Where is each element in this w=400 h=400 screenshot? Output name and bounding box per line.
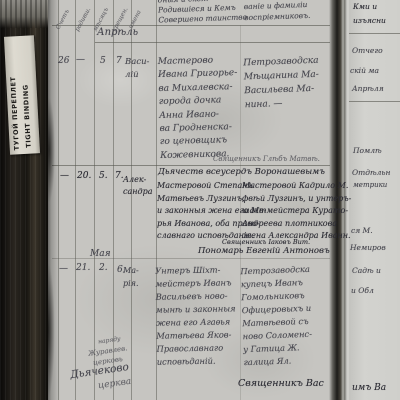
entry2-male-count: — — [60, 171, 69, 181]
entry3-female-count: 21. — [76, 263, 90, 273]
scanned-register-page: Счетъ родивш. мѣсяцъ крещен. имена дныя … — [0, 0, 400, 400]
margin-note-line: церква — [97, 377, 131, 392]
month-heading-april: Апрѣль — [97, 27, 138, 38]
label-text-english: TIGHT BINDING — [19, 44, 32, 148]
entry2-birth-day: 5. — [99, 171, 108, 181]
entry2-child-name: Алек-сандра — [123, 174, 152, 198]
right-page-header: Кми иизъясни — [353, 0, 386, 28]
right-page-fragment: и Обл — [351, 286, 374, 295]
entry3-child-name: Ма-рія. — [123, 264, 139, 290]
entry1-birth-day: 5 — [100, 56, 106, 66]
table-column-line — [94, 0, 95, 400]
right-page-fragment: Отчего — [352, 46, 383, 55]
right-page-fragment: Отдѣльн — [352, 168, 390, 177]
binding-board: ТУГОЙ ПЕРЕПЛЕТ TIGHT BINDING — [0, 0, 48, 400]
entry3-parents-text: Унтеръ Шіхт-мейстеръ ИванъВасильевъ ново… — [155, 263, 236, 368]
entry2-ponomar-signature: Пономарь Евгеній Антоновъ — [198, 246, 330, 256]
binding-board-top — [0, 0, 48, 28]
right-page-row-line — [349, 101, 400, 102]
entry1-baptism-day: 7 — [116, 56, 122, 66]
entry1-clergy-signature: Священникъ Глѣбъ Матвѣ. — [213, 155, 320, 163]
entry3-male-count: — — [59, 264, 68, 274]
month-heading-may: Мая — [90, 249, 111, 259]
header-parents-column: дныя и скол.Родившіеся и КемъСовершено т… — [158, 0, 248, 26]
entry2-sponsors-text: Мастеровой Кадрило М.фвѣй Лузгинъ, и унт… — [242, 180, 351, 243]
right-page-fragment: ся М. — [351, 226, 373, 235]
entry1-female-count: — — [76, 55, 85, 65]
entry1-child-name: Васи-лій — [125, 56, 149, 82]
table-row-line — [95, 42, 330, 43]
tight-binding-label: ТУГОЙ ПЕРЕПЛЕТ TIGHT BINDING — [4, 35, 40, 154]
right-page-fragment: Садѣ и — [352, 266, 381, 275]
entry3-clergy-signature: Священникъ Вас — [238, 378, 324, 389]
entry2-female-count: 20. — [77, 171, 91, 181]
right-page-fragment: метрики — [353, 181, 387, 189]
label-text-russian: ТУГОЙ ПЕРЕПЛЕТ — [7, 40, 21, 150]
right-page-fragment: скій ма — [350, 66, 379, 75]
entry2-heading: Дьячеств всеусердъ Воронашевымъ — [158, 167, 325, 177]
right-page-fragment: Немиров — [350, 243, 386, 252]
column-header-diagonal: родивш. — [74, 6, 92, 32]
margin-note-line: наряду — [98, 335, 121, 345]
entry1-parents-text: МастеровоИвана Григорье-ва Михалевска-го… — [158, 54, 240, 163]
header-sponsors-column: ваніе и фамиліивоспріемниковъ. — [244, 0, 311, 23]
entry2-clergy-signature: Священникъ Іаковъ Вит. — [222, 238, 310, 246]
right-page-row-line — [349, 33, 400, 34]
table-row-line — [52, 165, 330, 166]
entry1-male-count: 26 — [58, 56, 69, 66]
right-page — [349, 0, 400, 400]
entry1-sponsors-text: ПетрозаводскаМѣщанина Ма-Васильева Ма-ни… — [243, 54, 320, 113]
right-page-fragment: Апрѣля — [352, 84, 384, 93]
entry3-birth-day: 2. — [99, 263, 108, 273]
right-page-fragment: имъ Ва — [352, 383, 386, 393]
right-page-fragment: Помлѣ — [353, 146, 382, 155]
entry3-sponsors-text: Петрозаводскакупецъ ИванъГомольниковъОфи… — [240, 263, 313, 369]
